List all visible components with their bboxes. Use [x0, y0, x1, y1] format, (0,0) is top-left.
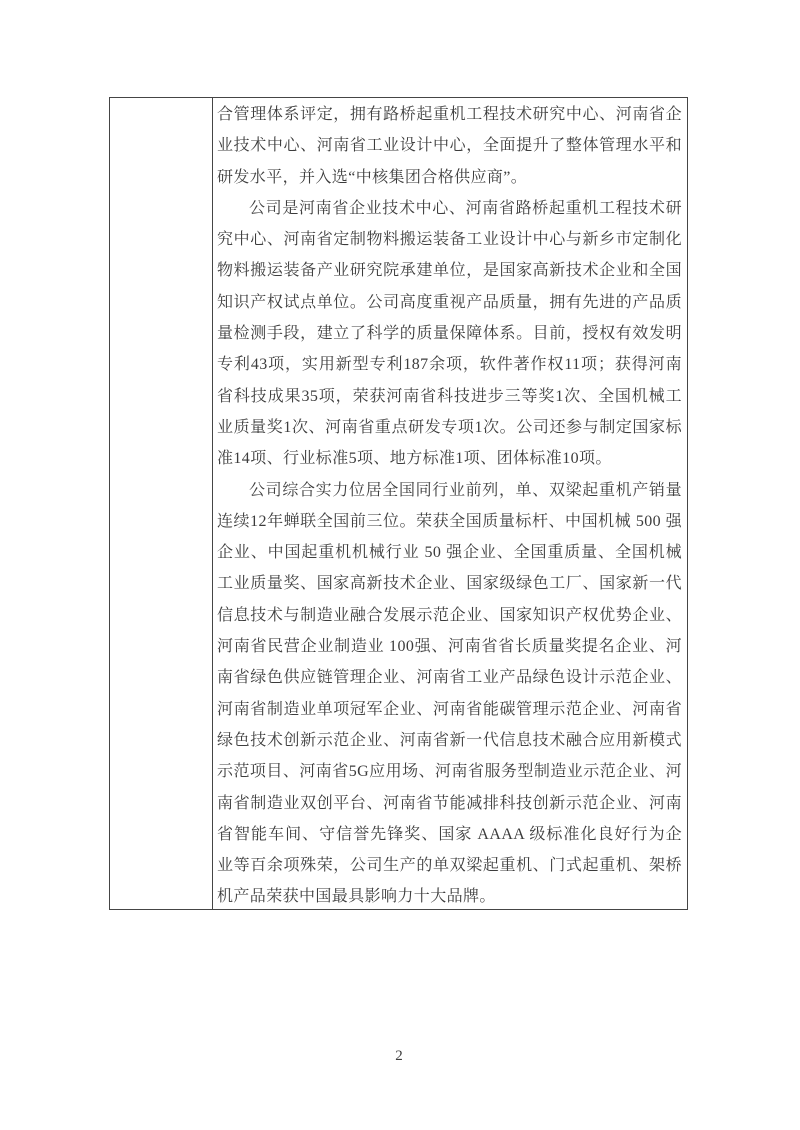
paragraph-continuation: 合管理体系评定，拥有路桥起重机工程技术研究中心、河南省企业技术中心、河南省工业设…: [217, 99, 682, 193]
document-page: 合管理体系评定，拥有路桥起重机工程技术研究中心、河南省企业技术中心、河南省工业设…: [0, 0, 800, 1130]
paragraph-company-centers: 公司是河南省企业技术中心、河南省路桥起重机工程技术研究中心、河南省定制物料搬运装…: [217, 193, 682, 475]
content-table: 合管理体系评定，拥有路桥起重机工程技术研究中心、河南省企业技术中心、河南省工业设…: [109, 97, 688, 910]
paragraph-company-honors: 公司综合实力位居全国同行业前列，单、双梁起重机产销量连续12年蝉联全国前三位。荣…: [217, 475, 682, 909]
table-body-cell: 合管理体系评定，拥有路桥起重机工程技术研究中心、河南省企业技术中心、河南省工业设…: [213, 98, 687, 909]
table-left-cell: [110, 98, 213, 909]
page-number: 2: [0, 1048, 798, 1065]
